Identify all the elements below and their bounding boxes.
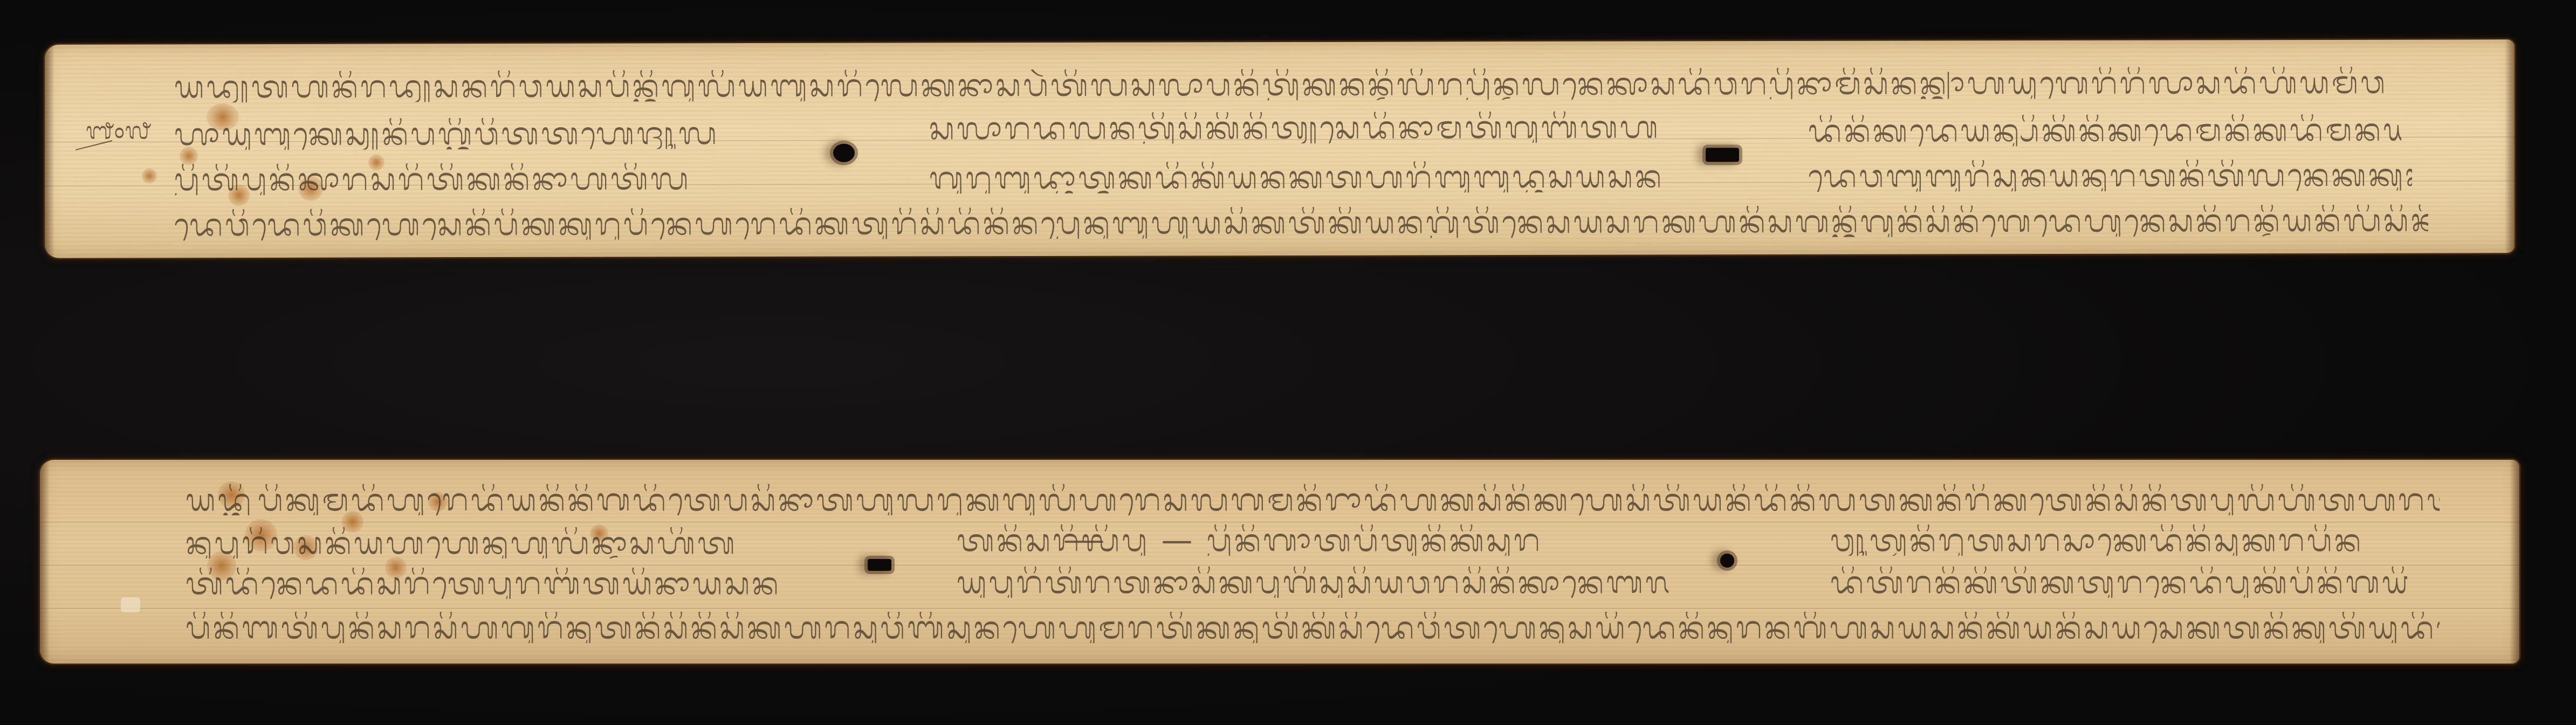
text-line-3-left: ᬧ᭄ᬭᬶᬢᬶᬧᬸᬦᬶᬓᬵᬭᬲᬭᬶᬢᬶᬓᬦᬶᬦᬵᬳᬢᬶᬮ: [174, 163, 746, 195]
palm-leaf-manuscript-bottom: ᬬᬤ᭄ᬮᬶᬧᬶᬓᬸᬫᬤᬶᬳᬸᬭᬾᬤᬶᬬᬦᬶᬦᬶᬕᬤᬶᬢᬾᬧᬲᬶᬦᬵᬢᬳᬸᬮᬭᬸᬓ…: [40, 460, 2519, 664]
text-line-3-middle: ᬬᬸᬧᬸᬭᬶᬢᬶᬭᬢᬦᬵᬲᬶᬓᬧᬸᬕᬶᬲᬸᬲᬶᬬᬯᬭᬲᬶᬦᬶᬓᬵᬦᬾᬩᬮ: [957, 567, 1668, 598]
text-line-2-left: ᬳᬵᬬᬸᬩᬸᬓᬾᬲ᭄ᬬᬦᬶᬧᬕ᭄ᬢᬶᬯᬶᬢᬢᬳᬾᬚ᭄ᬬᬸᬮ: [174, 118, 746, 150]
text-line-1: ᬬᬤ᭄ᬬᬢᬳᬦᬶᬭᬤ᭄ᬬᬲᬦᬭᬶᬯᬬᬲᬧᬶᬦ᭄ᬢᬶᬕᬸᬮᬶᬬᬩᬸᬲᬭᬶᬮᬾᬓᬦᬵ…: [174, 67, 2428, 103]
binding-hole: [1720, 554, 1734, 568]
leaf-number: ᭑᭐᭗: [86, 113, 151, 156]
binding-hole: [868, 559, 891, 571]
text-line-2-left: ᬦᬸᬧᬸᬭᬶᬯᬲᬦᬶᬬᬳᬳᬾᬦᬸᬳᬸᬮᬶᬦ᭄ᬤᬵᬲᬳᬶᬢ: [186, 527, 806, 558]
text-line-4: ᬤᬾᬯᬶᬤᬾᬯᬶᬓᬳᬾᬲᬾᬦᬶᬧᬶᬓᬓᬸᬭᬸᬧᬶᬦᬾᬳᬭᬾᬤᬶᬓᬢᬸᬭᬶᬲᬶᬤᬶ…: [174, 205, 2428, 241]
dash-mark: [1064, 541, 1103, 543]
binding-hole: [833, 144, 855, 162]
palm-leaf-manuscript-top: ᭑᭐᭗ ᬬᬤ᭄ᬬᬢᬳᬦᬶᬭᬤ᭄ᬬᬲᬦᬭᬶᬯᬬᬲᬧᬶᬦ᭄ᬢᬶᬕᬸᬮᬶᬬᬩᬸᬲᬭᬶᬮ…: [45, 39, 2515, 258]
rust-stain: [142, 168, 157, 183]
text-line-2-right: ᬤᬶᬦᬶᬓᬤᬾᬬᬦ᭄ᬲᬶᬓᬶᬦᬶᬓᬤᬾᬫᬦᬶᬓᬤᬶᬫᬦᬬᬦ᭄ᬢᬶᬕᬸ: [1808, 114, 2401, 147]
text-line-2-right: ᬯ᭄ᬬᬸᬢ᭄ᬯᬦᬶᬭᬸᬢᬲᬭᬲᬵᬓᬾᬤᬶᬦᬶᬲᬸᬓᬭᬧᬶᬦ: [1830, 524, 2396, 556]
leaf-ruling-line: [40, 608, 2519, 609]
leaf-abrasion: [121, 597, 140, 612]
text-line-1: ᬬᬤ᭄ᬮᬶᬧᬶᬓᬸᬫᬤᬶᬳᬸᬭᬾᬤᬶᬬᬦᬶᬦᬶᬕᬤᬶᬢᬾᬧᬲᬶᬦᬵᬢᬳᬸᬮᬭᬸᬓ…: [186, 484, 2440, 515]
text-line-4: ᬧᬶᬦᬶᬩᬢᬶᬧᬸᬦᬶᬲᬭᬲᬶᬳᬕᬸᬭᬶᬦᬸᬢᬦᬶᬲᬶᬦᬶᬲᬶᬓᬳᬭᬲᬸᬯᬶᬩᬶ…: [186, 612, 2440, 643]
binding-hole: [1706, 148, 1739, 162]
text-line-3-right: ᬤᬾᬯᬩᬸᬩᬸᬭᬶᬲᬸᬦᬬᬦᬸᬭᬢᬦᬶᬢᬶᬮᬦᬾᬓᬓᬸᬲᬫᬶᬢᬶᬢ: [1808, 160, 2412, 192]
leaf-ruling-line: [40, 565, 2519, 565]
text-line-3-middle: ᬕᬸᬭᬸᬩᬸᬤ᭄ᬥᬵᬢ᭄ᬫᬓᬤᬶᬓᬶᬬᬦᬓᬢᬳᬭᬶᬩᬸᬩᬸᬤ᭄ᬥᬲᬬᬲᬦ: [929, 161, 1673, 194]
leaf-ruling-line: [40, 522, 2519, 522]
text-line-2-middle: ᬲᬮᬵᬭᬤᬮᬦᬢ᭄ᬭᬶᬲᬶᬓᬶᬦᬶᬢ᭄ᬬᬲᬾᬤᬶᬦᬵᬫᬢᬶᬕᬸᬩᬶᬢᬳ: [929, 112, 1657, 144]
text-line-3-left: ᬢᬶᬤᬶᬦᬾᬤᬤᬶᬲᬭᬶᬢᬾᬧᬸᬭᬩᬶᬢᬬᬶᬦᬵᬬᬲᬦ: [186, 568, 795, 599]
text-line-2-middle: ᬢᬦᬶᬲᬭᬶᬮᬶᬧᬸ — ᬧ᭄ᬭᬶᬦᬶᬕᬵᬢᬧᬶᬢᬸᬦᬶᬓᬶᬲᬸᬭ: [957, 524, 1604, 556]
text-line-3-right: ᬤᬶᬢᬶᬭᬦᬶᬓᬶᬢᬶᬓᬢᬸᬭᬦᬾᬤᬶᬧᬸᬓᬶᬧᬶᬦᬶᬕᬬᬶᬦᬾᬤᬶᬭ: [1830, 567, 2407, 598]
